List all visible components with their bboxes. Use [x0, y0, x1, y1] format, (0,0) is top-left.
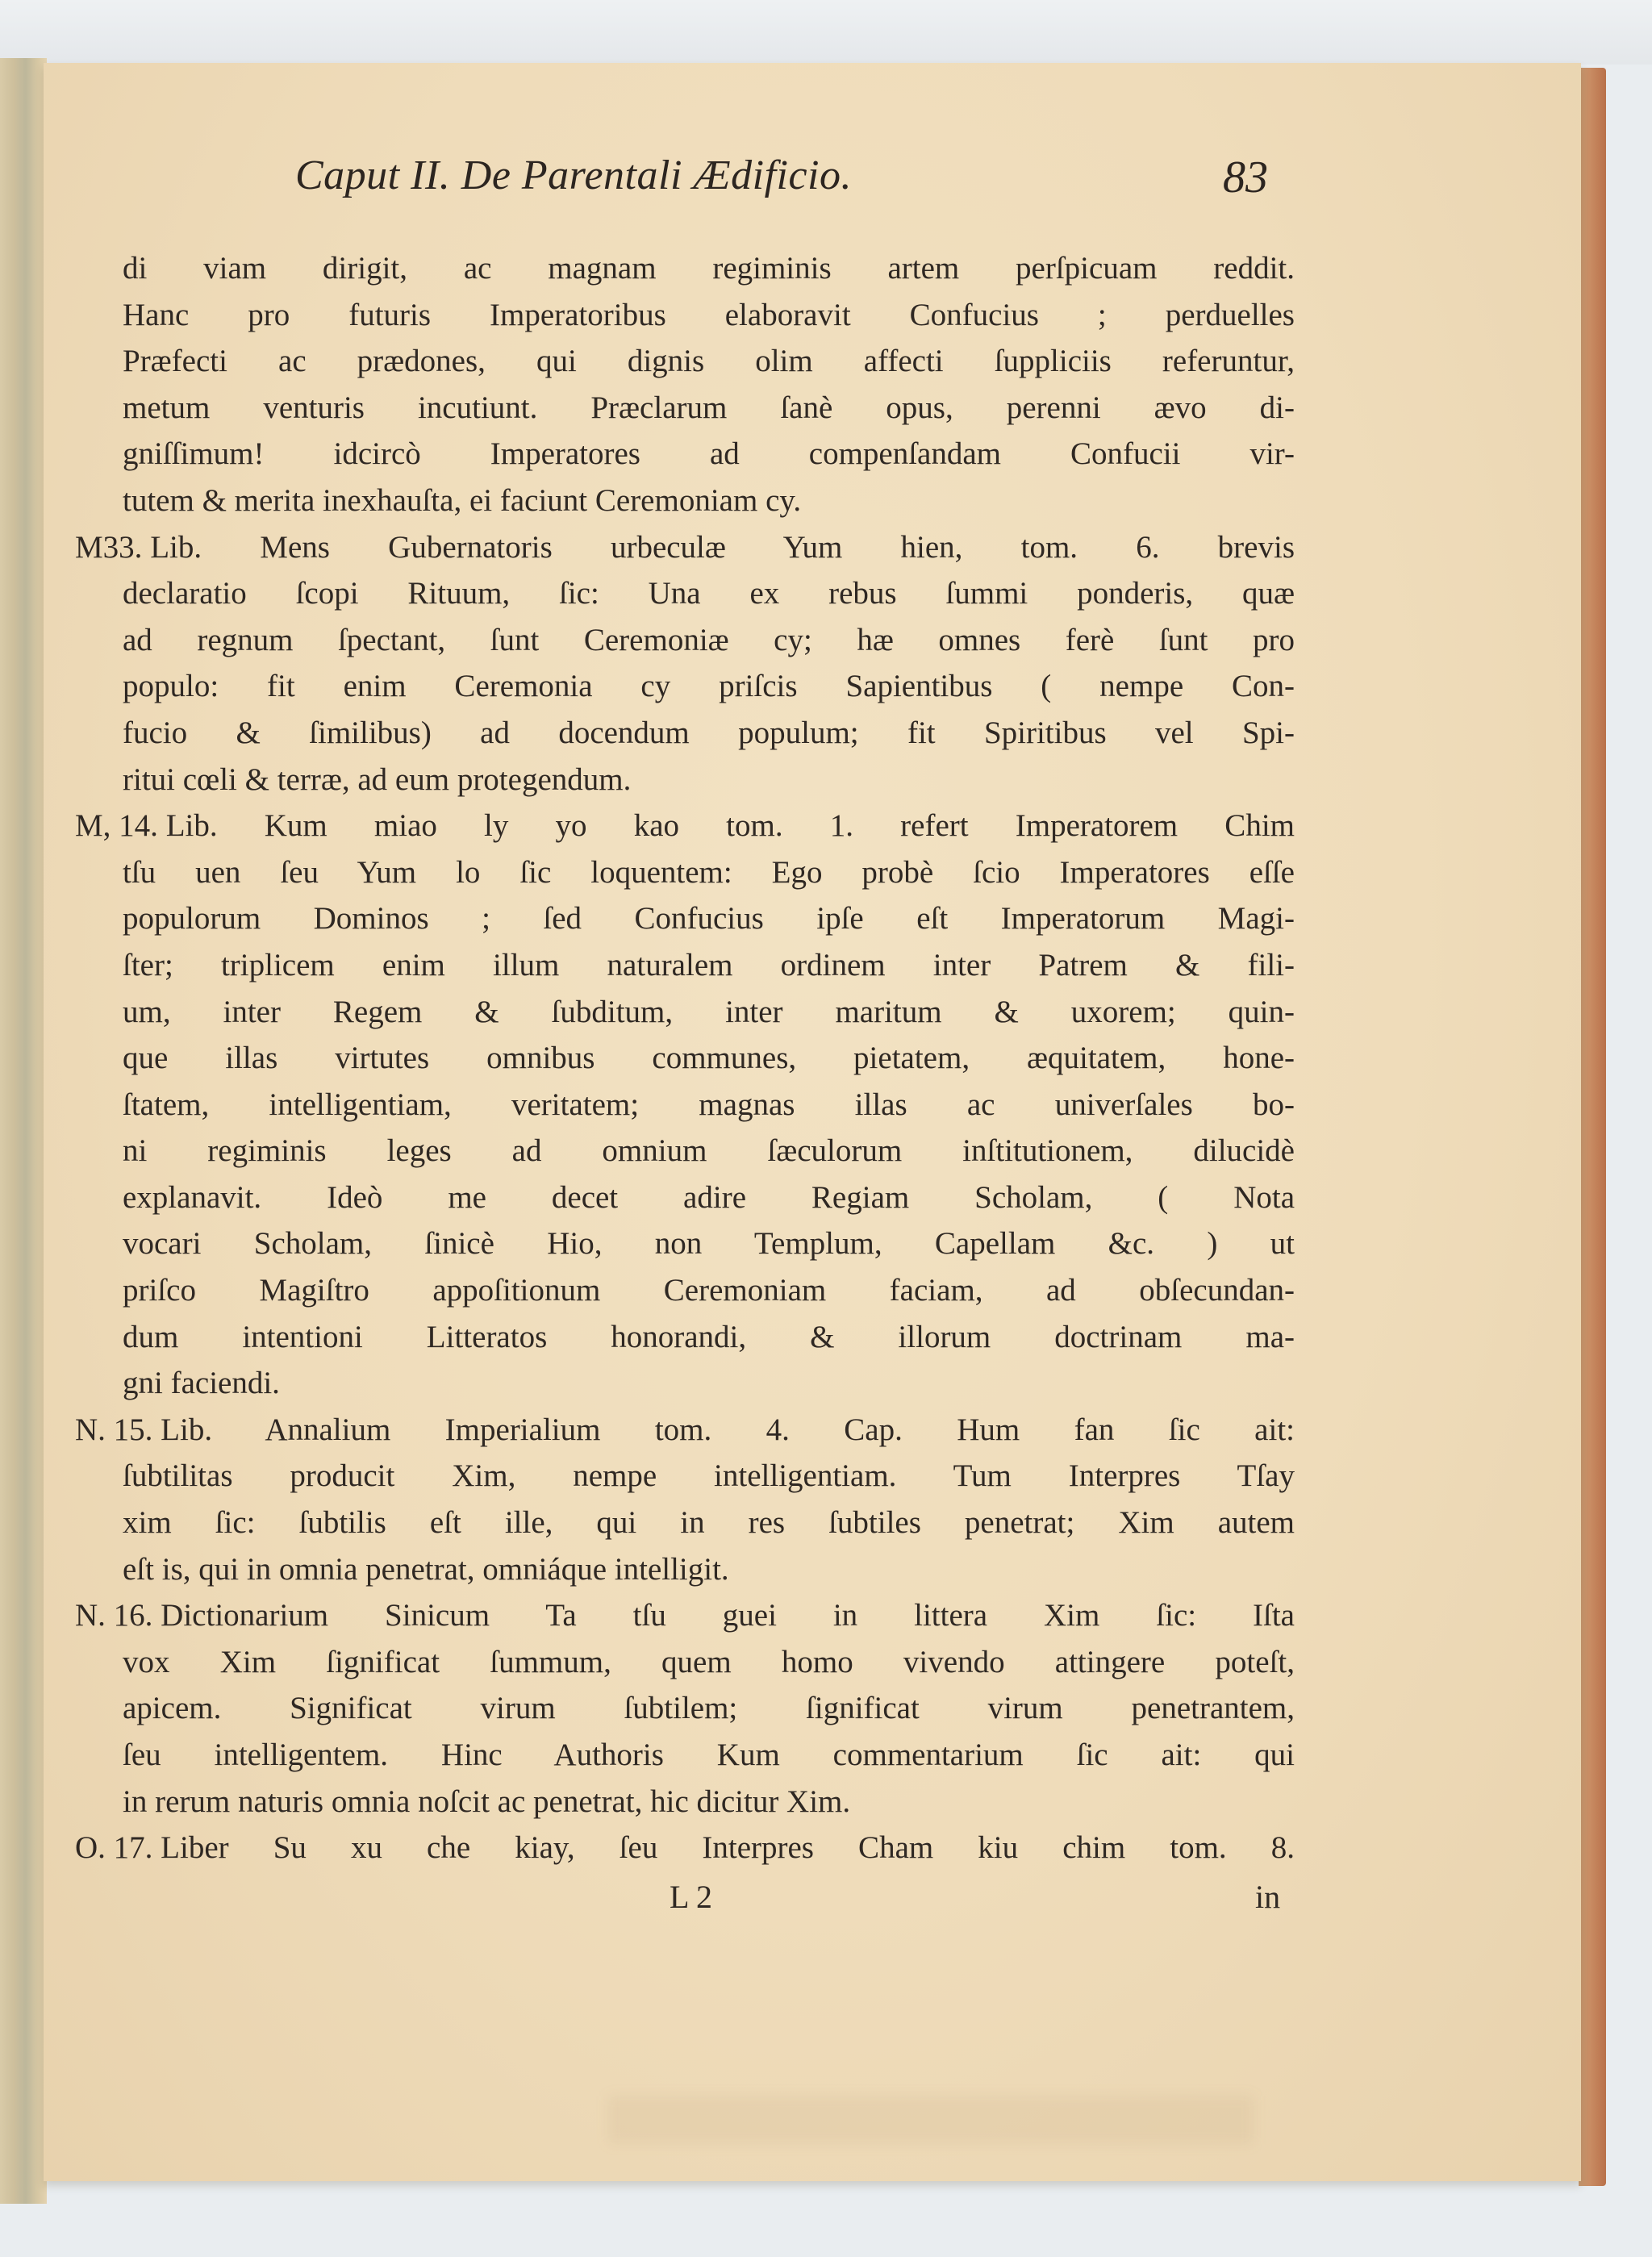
line-text: explanavit. Ideò me decet adire Regiam S…	[123, 1180, 1295, 1215]
text-line: um, inter Regem & ſubditum, inter maritu…	[75, 989, 1295, 1036]
note-line-start: N. 15. Lib. Annalium Imperialium tom. 4.…	[75, 1407, 1295, 1454]
line-text: apicem. Significat virum ſubtilem; ſigni…	[123, 1691, 1295, 1725]
line-text: gniſſimum! idcircò Imperatores ad compen…	[123, 436, 1295, 471]
text-line: declaratio ſcopi Rituum, ſic: Una ex reb…	[75, 570, 1295, 617]
line-text: ſter; triplicem enim illum naturalem ord…	[123, 948, 1295, 982]
line-text: ritui cœli & terræ, ad eum protegendum.	[123, 762, 631, 797]
text-line: explanavit. Ideò me decet adire Regiam S…	[75, 1174, 1295, 1221]
text-line: eſt is, qui in omnia penetrat, omniáque …	[75, 1546, 1295, 1593]
text-line: metum venturis incutiunt. Præclarum ſanè…	[75, 385, 1295, 432]
line-text: dum intentioni Litteratos honorandi, & i…	[123, 1320, 1295, 1354]
text-line: tutem & merita inexhauſta, ei faciunt Ce…	[75, 478, 1295, 524]
text-line: populo: fit enim Ceremonia cy priſcis Sa…	[75, 663, 1295, 710]
text-line: priſco Magiſtro appoſitionum Ceremoniam …	[75, 1267, 1295, 1314]
line-text: vox Xim ſignificat ſummum, quem homo viv…	[123, 1645, 1295, 1679]
body-text: di viam dirigit, ac magnam regiminis art…	[75, 245, 1295, 1871]
line-text: metum venturis incutiunt. Præclarum ſanè…	[123, 390, 1295, 425]
show-through-ink	[608, 2096, 1254, 2144]
text-line: di viam dirigit, ac magnam regiminis art…	[75, 245, 1295, 292]
line-text: populorum Dominos ; ſed Confucius ipſe e…	[123, 901, 1295, 936]
note-marker: N. 15.	[75, 1407, 161, 1454]
line-text: populo: fit enim Ceremonia cy priſcis Sa…	[123, 669, 1295, 703]
page-fore-edge	[1579, 68, 1606, 2186]
text-line: ſeu intelligentem. Hinc Authoris Kum com…	[75, 1732, 1295, 1779]
line-text: Liber Su xu che kiay, ſeu Interpres Cham…	[161, 1830, 1295, 1865]
page-number: 83	[1223, 152, 1268, 203]
note-line-start: O. 17. Liber Su xu che kiay, ſeu Interpr…	[75, 1825, 1295, 1871]
text-line: gni faciendi.	[75, 1360, 1295, 1407]
line-text: Hanc pro futuris Imperatoribus elaboravi…	[123, 298, 1295, 332]
text-line: dum intentioni Litteratos honorandi, & i…	[75, 1314, 1295, 1361]
line-text: ſubtilitas producit Xim, nempe intellige…	[123, 1458, 1295, 1493]
line-text: um, inter Regem & ſubditum, inter maritu…	[123, 995, 1295, 1029]
line-text: Dictionarium Sinicum Ta tſu guei in litt…	[161, 1598, 1295, 1633]
text-line: vox Xim ſignificat ſummum, quem homo viv…	[75, 1639, 1295, 1686]
text-line: ni regiminis leges ad omnium ſæculorum i…	[75, 1128, 1295, 1174]
text-line: xim ſic: ſubtilis eſt ille, qui in res ſ…	[75, 1500, 1295, 1546]
line-text: ad regnum ſpectant, ſunt Ceremoniæ cy; h…	[123, 623, 1295, 657]
line-text: tſu uen ſeu Yum lo ſic loquentem: Ego pr…	[123, 855, 1295, 890]
text-line: apicem. Significat virum ſubtilem; ſigni…	[75, 1685, 1295, 1732]
text-line: populorum Dominos ; ſed Confucius ipſe e…	[75, 895, 1295, 942]
line-text: declaratio ſcopi Rituum, ſic: Una ex reb…	[123, 576, 1295, 611]
line-text: xim ſic: ſubtilis eſt ille, qui in res ſ…	[123, 1505, 1295, 1540]
text-line: ſtatem, intelligentiam, veritatem; magna…	[75, 1082, 1295, 1128]
line-text: eſt is, qui in omnia penetrat, omniáque …	[123, 1552, 729, 1587]
line-text: priſco Magiſtro appoſitionum Ceremoniam …	[123, 1273, 1295, 1308]
catchword: in	[1255, 1878, 1280, 1916]
text-line: vocari Scholam, ſinicè Hio, non Templum,…	[75, 1220, 1295, 1267]
text-line: ſter; triplicem enim illum naturalem ord…	[75, 942, 1295, 989]
line-text: gni faciendi.	[123, 1366, 280, 1400]
chapter-title: Caput II. De Parentali Ædificio.	[295, 152, 852, 199]
book-gutter-left-page	[0, 58, 47, 2204]
line-text: que illas virtutes omnibus communes, pie…	[123, 1041, 1295, 1075]
line-text: ſeu intelligentem. Hinc Authoris Kum com…	[123, 1738, 1295, 1772]
note-line-start: N. 16. Dictionarium Sinicum Ta tſu guei …	[75, 1592, 1295, 1639]
text-line: ritui cœli & terræ, ad eum protegendum.	[75, 757, 1295, 803]
line-text: Lib. Kum miao ly yo kao tom. 1. refert I…	[166, 808, 1295, 843]
note-line-start: M33. Lib. Mens Gubernatoris urbeculæ Yum…	[75, 524, 1295, 571]
text-line: fucio & ſimilibus) ad docendum populum; …	[75, 710, 1295, 757]
line-text: vocari Scholam, ſinicè Hio, non Templum,…	[123, 1226, 1295, 1261]
text-line: in rerum naturis omnia noſcit ac penetra…	[75, 1779, 1295, 1825]
text-line: Præfecti ac prædones, qui dignis olim af…	[75, 338, 1295, 385]
text-line: gniſſimum! idcircò Imperatores ad compen…	[75, 431, 1295, 478]
line-text: ſtatem, intelligentiam, veritatem; magna…	[123, 1087, 1295, 1122]
line-text: tutem & merita inexhauſta, ei faciunt Ce…	[123, 483, 801, 518]
line-text: di viam dirigit, ac magnam regiminis art…	[123, 251, 1295, 286]
note-marker: O. 17.	[75, 1825, 161, 1871]
line-text: Præfecti ac prædones, qui dignis olim af…	[123, 344, 1295, 378]
line-text: Lib. Annalium Imperialium tom. 4. Cap. H…	[161, 1412, 1295, 1447]
line-text: in rerum naturis omnia noſcit ac penetra…	[123, 1784, 850, 1819]
background	[0, 0, 1652, 65]
signature-mark: L 2	[670, 1878, 712, 1916]
note-line-start: M, 14. Lib. Kum miao ly yo kao tom. 1. r…	[75, 803, 1295, 849]
text-line: ſubtilitas producit Xim, nempe intellige…	[75, 1453, 1295, 1500]
note-marker: M33.	[75, 524, 150, 571]
text-line: tſu uen ſeu Yum lo ſic loquentem: Ego pr…	[75, 849, 1295, 896]
line-text: fucio & ſimilibus) ad docendum populum; …	[123, 715, 1295, 750]
line-text: Lib. Mens Gubernatoris urbeculæ Yum hien…	[150, 530, 1295, 565]
running-head: Caput II. De Parentali Ædificio. 83	[295, 152, 1295, 200]
note-marker: N. 16.	[75, 1592, 161, 1639]
text-line: Hanc pro futuris Imperatoribus elaboravi…	[75, 292, 1295, 339]
line-text: ni regiminis leges ad omnium ſæculorum i…	[123, 1133, 1295, 1168]
text-line: que illas virtutes omnibus communes, pie…	[75, 1035, 1295, 1082]
note-marker: M, 14.	[75, 803, 166, 849]
text-line: ad regnum ſpectant, ſunt Ceremoniæ cy; h…	[75, 617, 1295, 664]
